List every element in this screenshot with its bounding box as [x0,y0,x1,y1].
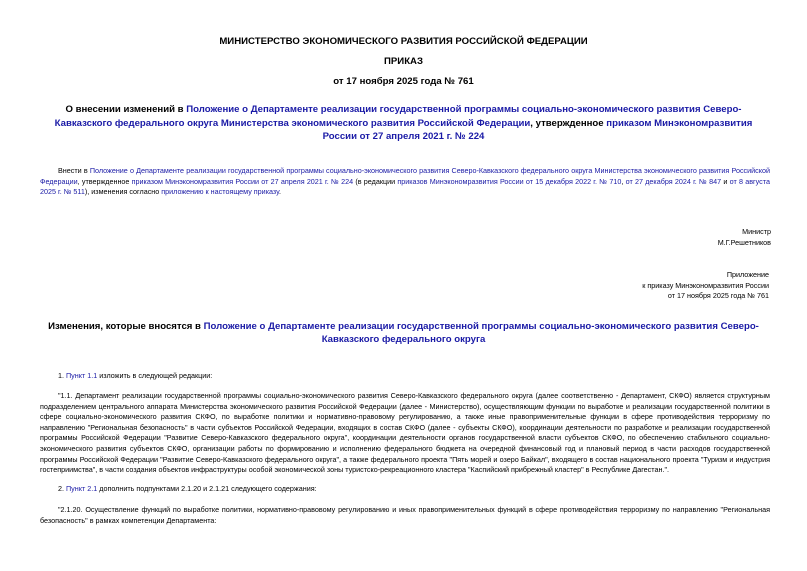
item-number: 1. [58,371,66,380]
intro-text: Внести в [58,166,90,175]
intro-link-amend-847[interactable]: от 27 декабря 2024 г. № 847 [626,177,722,186]
item-2-quote: "2.1.20. Осуществление функций по вырабо… [40,505,770,526]
item-2: 2. Пункт 2.1 дополнить подпунктами 2.1.2… [40,484,770,495]
item-number: 2. [58,484,66,493]
order-title: О внесении изменений в Положение о Депар… [40,103,767,144]
changes-link-regulation[interactable]: Положение о Департаменте реализации госу… [204,321,759,345]
intro-text: и [721,177,729,186]
intro-text: , утвержденное [78,177,132,186]
item-text: изложить в следующей редакции: [97,371,212,380]
ministry-heading: МИНИСТЕРСТВО ЭКОНОМИЧЕСКОГО РАЗВИТИЯ РОС… [0,36,807,47]
item-1-quote: "1.1. Департамент реализации государстве… [40,391,770,476]
document-type: ПРИКАЗ [0,56,807,67]
item-text: дополнить подпунктами 2.1.20 и 2.1.21 сл… [97,484,316,493]
changes-title-prefix: Изменения, которые вносятся в [48,321,204,332]
order-date-number: от 17 ноября 2025 года № 761 [0,76,807,87]
appendix-date-number: от 17 ноября 2025 года № 761 [642,291,769,302]
intro-text: (в редакции [353,177,397,186]
changes-title: Изменения, которые вносятся в Положение … [40,320,767,346]
intro-text: . [279,187,281,196]
signatory-name: М.Г.Решетников [718,238,771,249]
title-prefix: О внесении изменений в [65,104,186,115]
signature-block: Министр М.Г.Решетников [718,227,771,248]
appendix-ref: к приказу Минэкономразвития России [642,281,769,292]
signatory-position: Министр [718,227,771,238]
link-punkt-2-1[interactable]: Пункт 2.1 [66,484,97,493]
link-punkt-1-1[interactable]: Пункт 1.1 [66,371,97,380]
appendix-label: Приложение [642,270,769,281]
item-1: 1. Пункт 1.1 изложить в следующей редакц… [40,371,770,382]
intro-link-order-224[interactable]: приказом Минэкономразвития России от 27 … [132,177,354,186]
intro-text: ), изменения согласно [85,187,161,196]
intro-link-appendix[interactable]: приложению к настоящему приказу [161,187,279,196]
title-middle: , утвержденное [530,118,606,129]
intro-link-amend-710[interactable]: приказов Минэкономразвития России от 15 … [397,177,621,186]
appendix-block: Приложение к приказу Минэкономразвития Р… [642,270,769,302]
intro-paragraph: Внести в Положение о Департаменте реализ… [40,166,770,198]
